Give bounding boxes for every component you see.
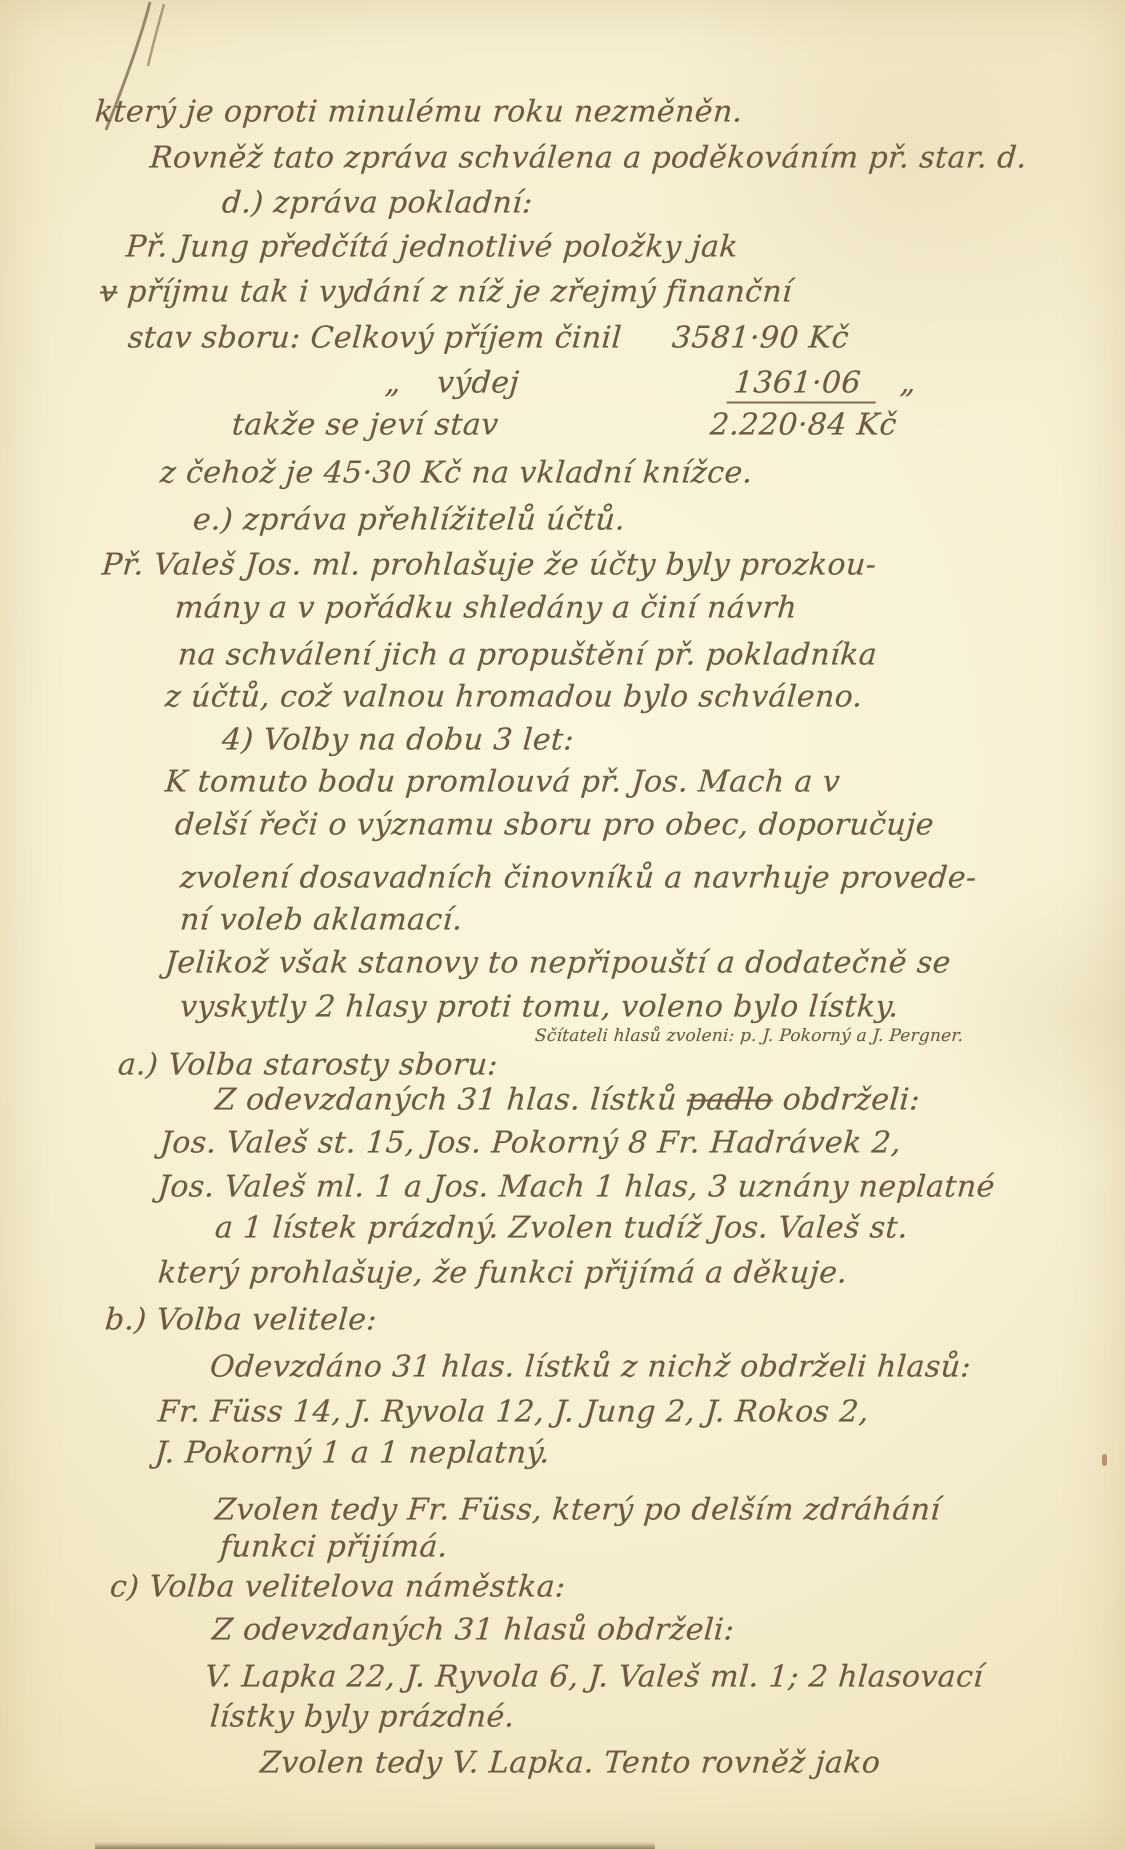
text-segment: b.) Volba velitele:	[104, 1303, 378, 1338]
manuscript-line: delší řeči o významu sboru pro obec, dop…	[174, 808, 935, 843]
text-segment: Zvolen tedy V. Lapka. Tento rovněž jako	[259, 1746, 882, 1781]
manuscript-line: c) Volba velitelova náměstka:	[109, 1570, 567, 1605]
text-segment: Sčítateli hlasů zvoleni: p. J. Pokorný a…	[534, 1026, 964, 1046]
text-segment: zvolení dosavadních činovníků a navrhuje…	[179, 861, 978, 896]
text-segment: lístky byly prázdné.	[209, 1700, 516, 1735]
text-segment: vyskytly 2 hlasy proti tomu, voleno bylo…	[179, 990, 900, 1025]
manuscript-line: v příjmu tak i vydání z níž je zřejmý fi…	[99, 275, 794, 310]
manuscript-line: Př. Jung předčítá jednotlivé položky jak	[125, 230, 739, 265]
text-segment: výdej	[436, 366, 521, 401]
text-segment: Z odevzdaných 31 hlas. lístků	[214, 1083, 688, 1118]
manuscript-line: zvolení dosavadních činovníků a navrhuje…	[179, 861, 978, 896]
manuscript-line: Jelikož však stanovy to nepřipouští a do…	[164, 946, 952, 981]
text-segment: ní voleb aklamací.	[179, 903, 464, 938]
manuscript-line: J. Pokorný 1 a 1 neplatný.	[154, 1436, 551, 1471]
manuscript-line: Z odevzdaných 31 hlas. lístků padlo obdr…	[214, 1083, 921, 1118]
manuscript-line: a 1 lístek prázdný. Zvolen tudíž Jos. Va…	[214, 1211, 909, 1246]
manuscript-line: b.) Volba velitele:	[104, 1303, 378, 1338]
text-segment: 3581·90 Kč	[671, 321, 850, 356]
text-segment: V. Lapka 22, J. Ryvola 6, J. Valeš ml. 1…	[204, 1660, 985, 1695]
manuscript-line: K tomuto bodu promlouvá př. Jos. Mach a …	[164, 765, 842, 800]
text-segment: Jos. Valeš ml. 1 a Jos. Mach 1 hlas, 3 u…	[157, 1170, 996, 1205]
text-segment: Př. Valeš Jos. ml. prohlašuje že účty by…	[101, 548, 878, 583]
text-segment: Př. Jung předčítá jednotlivé položky jak	[125, 230, 739, 265]
manuscript-line: d.) zpráva pokladní:	[221, 186, 534, 221]
text-segment: mány a v pořádku shledány a činí návrh	[174, 591, 798, 626]
manuscript-page: který je oproti minulému roku nezměněn.R…	[0, 0, 1125, 1849]
manuscript-line: V. Lapka 22, J. Ryvola 6, J. Valeš ml. 1…	[204, 1660, 985, 1695]
text-segment: takže se jeví stav	[231, 408, 500, 443]
struck-out-text: padlo	[686, 1083, 774, 1118]
manuscript-line: z čehož je 45·30 Kč na vkladní knížce.	[159, 456, 754, 491]
text-segment: K tomuto bodu promlouvá př. Jos. Mach a …	[164, 765, 842, 800]
manuscript-line: vyskytly 2 hlasy proti tomu, voleno bylo…	[179, 990, 900, 1025]
text-segment: a.) Volba starosty sboru:	[117, 1048, 499, 1083]
text-segment: který prohlašuje, že funkci přijímá a dě…	[157, 1256, 849, 1291]
manuscript-line: funkci přijímá.	[219, 1530, 449, 1565]
manuscript-line: a.) Volba starosty sboru:	[117, 1048, 499, 1083]
manuscript-line: Zvolen tedy V. Lapka. Tento rovněž jako	[259, 1746, 882, 1781]
text-segment: J. Pokorný 1 a 1 neplatný.	[154, 1436, 551, 1471]
manuscript-line: Odevzdáno 31 hlas. lístků z nichž obdrže…	[209, 1350, 972, 1385]
manuscript-line: na schválení jich a propuštění př. pokla…	[177, 638, 879, 673]
text-segment: „	[899, 366, 917, 401]
text-segment: Rovněž tato zpráva schválena a poděkován…	[149, 141, 1028, 176]
text-segment: a 1 lístek prázdný. Zvolen tudíž Jos. Va…	[214, 1211, 909, 1246]
underlined-amount: 1361·06	[727, 366, 879, 404]
text-segment: Jos. Valeš st. 15, Jos. Pokorný 8 Fr. Ha…	[159, 1126, 903, 1161]
manuscript-line: e.) zpráva přehlížitelů účtů.	[192, 503, 627, 538]
text-segment: Fr. Füss 14, J. Ryvola 12, J. Jung 2, J.…	[157, 1395, 870, 1430]
text-segment: 4) Volby na dobu 3 let:	[221, 723, 575, 758]
manuscript-line: Rovněž tato zpráva schválena a poděkován…	[149, 141, 1028, 176]
pen-flourish-mark	[0, 0, 220, 160]
manuscript-line: mány a v pořádku shledány a činí návrh	[174, 591, 798, 626]
text-segment: obdrželi:	[772, 1083, 922, 1118]
manuscript-line: ní voleb aklamací.	[179, 903, 464, 938]
text-segment: 2.220·84 Kč	[709, 408, 898, 443]
text-segment: Zvolen tedy Fr. Füss, který po delším zd…	[214, 1493, 942, 1528]
text-segment: „	[384, 366, 402, 401]
text-segment: z čehož je 45·30 Kč na vkladní knížce.	[159, 456, 754, 491]
manuscript-line: Z odevzdaných 31 hlasů obdrželi:	[211, 1613, 736, 1648]
text-segment: z účtů, což valnou hromadou bylo schvále…	[164, 680, 864, 715]
manuscript-line: který je oproti minulému roku nezměněn.	[94, 95, 744, 130]
text-segment: na schválení jich a propuštění př. pokla…	[177, 638, 879, 673]
text-segment: který je oproti minulému roku nezměněn.	[94, 95, 744, 130]
text-segment: c) Volba velitelova náměstka:	[109, 1570, 567, 1605]
manuscript-line: Jos. Valeš st. 15, Jos. Pokorný 8 Fr. Ha…	[159, 1126, 903, 1161]
text-segment: Z odevzdaných 31 hlasů obdrželi:	[211, 1613, 736, 1648]
text-segment: stav sboru: Celkový příjem činil	[127, 321, 623, 356]
text-segment: Odevzdáno 31 hlas. lístků z nichž obdrže…	[209, 1350, 972, 1385]
manuscript-line: Zvolen tedy Fr. Füss, který po delším zd…	[214, 1493, 942, 1528]
paper-fleck	[1102, 1454, 1107, 1466]
text-segment: příjmu tak i vydání z níž je zřejmý fina…	[116, 275, 793, 310]
manuscript-line: takže se jeví stav2.220·84 Kč	[231, 408, 500, 443]
manuscript-line: stav sboru: Celkový příjem činil3581·90 …	[127, 321, 623, 356]
text-segment: d.) zpráva pokladní:	[221, 186, 534, 221]
manuscript-line: z účtů, což valnou hromadou bylo schvále…	[164, 680, 864, 715]
text-segment: funkci přijímá.	[219, 1530, 449, 1565]
text-segment: e.) zpráva přehlížitelů účtů.	[192, 503, 627, 538]
text-segment: delší řeči o významu sboru pro obec, dop…	[174, 808, 935, 843]
manuscript-line: „výdej1361·06„	[384, 366, 402, 401]
text-segment: Jelikož však stanovy to nepřipouští a do…	[164, 946, 952, 981]
scan-edge-shadow	[95, 1842, 655, 1849]
manuscript-line: Př. Valeš Jos. ml. prohlašuje že účty by…	[101, 548, 878, 583]
manuscript-line: který prohlašuje, že funkci přijímá a dě…	[157, 1256, 849, 1291]
manuscript-line: lístky byly prázdné.	[209, 1700, 516, 1735]
manuscript-line: Sčítateli hlasů zvoleni: p. J. Pokorný a…	[534, 1026, 964, 1046]
manuscript-line: Jos. Valeš ml. 1 a Jos. Mach 1 hlas, 3 u…	[157, 1170, 996, 1205]
manuscript-line: Fr. Füss 14, J. Ryvola 12, J. Jung 2, J.…	[157, 1395, 870, 1430]
manuscript-line: 4) Volby na dobu 3 let:	[221, 723, 575, 758]
